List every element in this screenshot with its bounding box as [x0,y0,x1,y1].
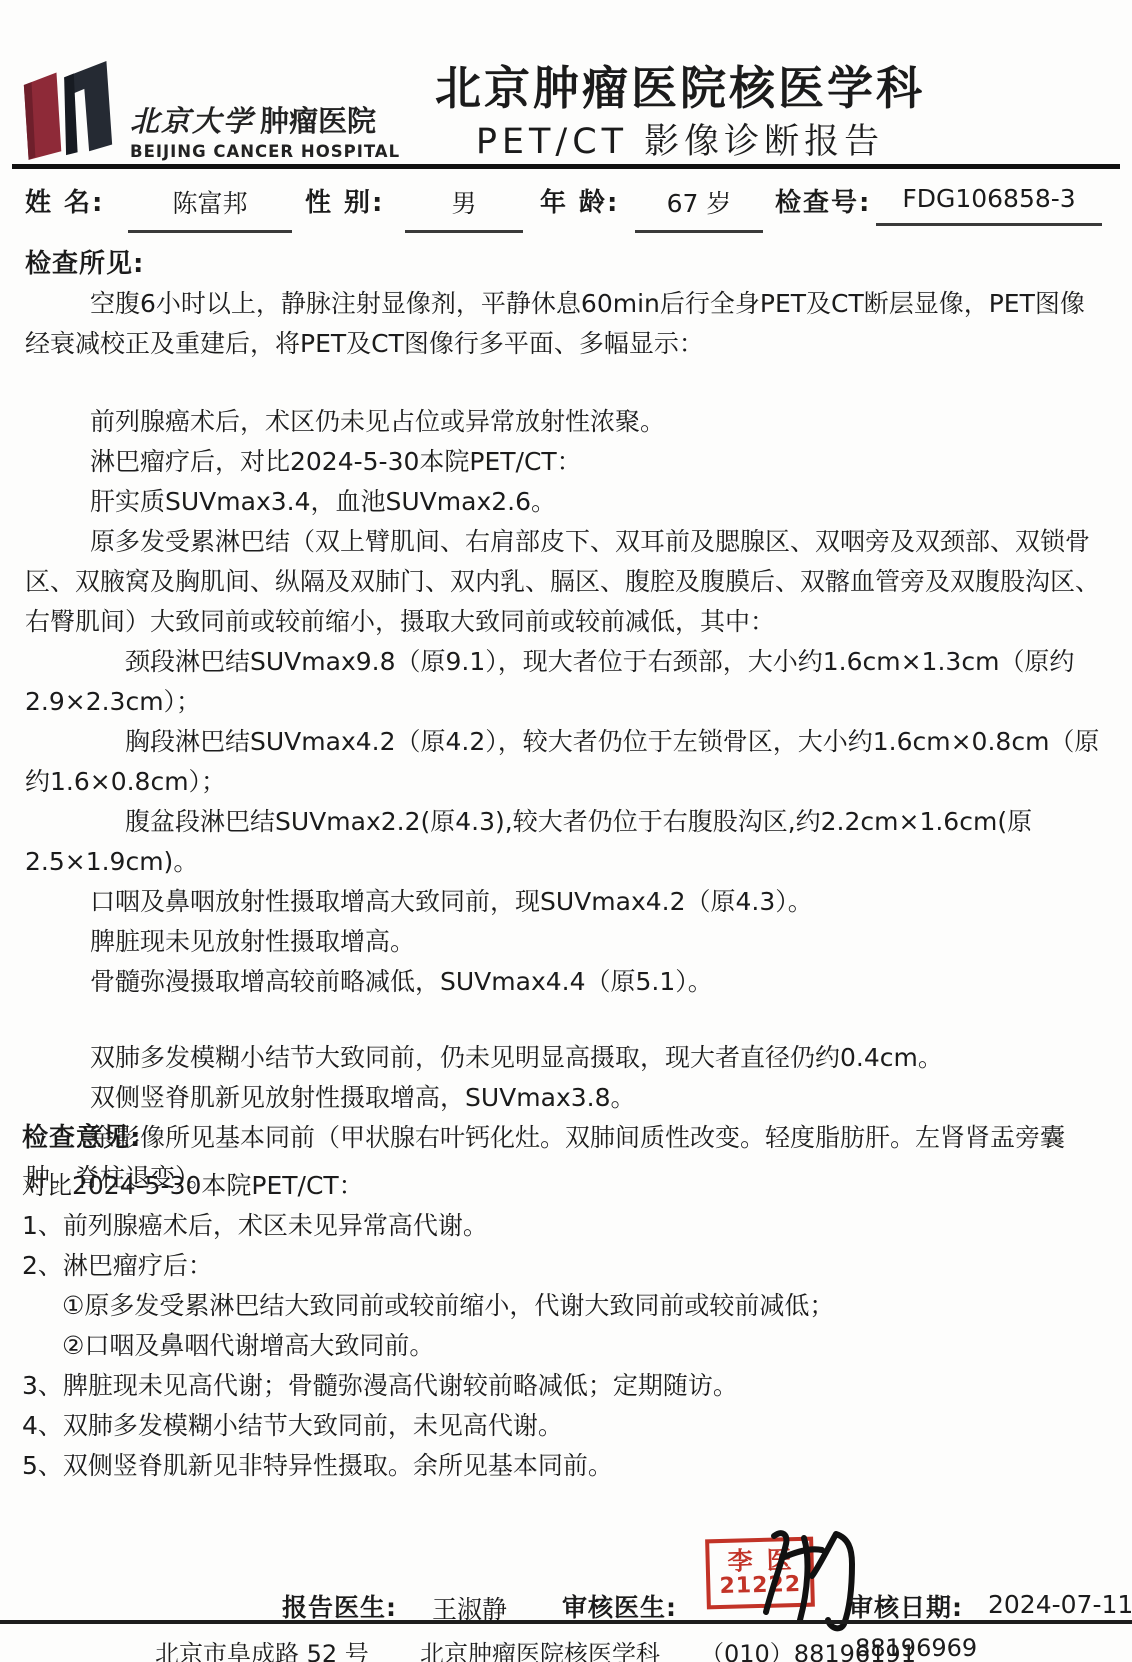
department-title: 北京肿瘤医院核医学科 [330,52,1030,118]
impression-line: 1、前列腺癌术后，术区未见异常高代谢。 [22,1206,1112,1246]
logo-university-name: 北京大学 [130,104,254,138]
findings-paragraph: 双肺多发模糊小结节大致同前，仍未见明显高摄取，现大者直径仍约0.4cm。 [25,1038,1109,1078]
impression-line: 对比2024-5-30本院PET/CT： [22,1166,1112,1206]
impression-line: 2、淋巴瘤疗后： [22,1246,1112,1286]
footer-department: 北京肿瘤医院核医学科 [420,1634,660,1662]
impression-line: ①原多发受累淋巴结大致同前或较前缩小，代谢大致同前或较前减低； [22,1286,1112,1326]
exam-no-label: 检查号: [775,182,871,219]
gender-label: 性 别: [305,182,384,219]
header-divider [12,164,1120,169]
review-doctor-label: 审核医生: [562,1588,677,1624]
findings-paragraph: 骨髓弥漫摄取增高较前略减低，SUVmax4.4（原5.1）。 [25,962,1109,1002]
footer-phone-2: 88196969 [855,1634,977,1662]
patient-exam-no: FDG106858-3 [876,184,1102,226]
impression-heading: 检查意见: [22,1118,1112,1158]
findings-section: 检查所见: 空腹6小时以上，静脉注射显像剂，平静休息60min后行全身PET及C… [25,244,1109,1198]
report-page: 北京大学肿瘤医院 BEIJING CANCER HOSPITAL 北京肿瘤医院核… [0,0,1132,1662]
review-date: 2024-07-11 [988,1590,1132,1619]
impression-line: 4、双肺多发模糊小结节大致同前，未见高代谢。 [22,1406,1112,1446]
hospital-logo-icon [20,55,116,163]
age-label: 年 龄: [540,182,619,219]
findings-heading: 检查所见: [25,244,1109,284]
impression-section: 检查意见: 对比2024-5-30本院PET/CT： 1、前列腺癌术后，术区未见… [22,1118,1112,1486]
name-label: 姓 名: [25,182,104,219]
patient-gender: 男 [405,184,523,233]
report-title: PET/CT 影像诊断报告 [330,114,1030,164]
patient-age: 67 岁 [635,184,763,233]
findings-paragraph: 脾脏现未见放射性摄取增高。 [25,922,1109,962]
findings-paragraph: 颈段淋巴结SUVmax9.8（原9.1），现大者位于右颈部，大小约1.6cm×1… [25,642,1109,722]
findings-paragraph: 空腹6小时以上，静脉注射显像剂，平静休息60min后行全身PET及CT断层显像，… [25,284,1109,364]
impression-line: 5、双侧竖脊肌新见非特异性摄取。余所见基本同前。 [22,1446,1112,1486]
findings-paragraph: 原多发受累淋巴结（双上臂肌间、右肩部皮下、双耳前及腮腺区、双咽旁及双颈部、双锁骨… [25,522,1109,642]
findings-paragraph: 淋巴瘤疗后，对比2024-5-30本院PET/CT： [25,442,1109,482]
findings-paragraph: 双侧竖脊肌新见放射性摄取增高，SUVmax3.8。 [25,1078,1109,1118]
impression-line: ②口咽及鼻咽代谢增高大致同前。 [22,1326,1112,1366]
patient-info-row: 姓 名: 陈富邦 性 别: 男 年 龄: 67 岁 检查号: FDG106858… [0,178,1132,230]
footer-divider [0,1620,1132,1624]
footer-address: 北京市阜成路 52 号 [155,1634,369,1662]
findings-paragraph: 肝实质SUVmax3.4，血池SUVmax2.6。 [25,482,1109,522]
findings-paragraph: 胸段淋巴结SUVmax4.2（原4.2），较大者仍位于左锁骨区，大小约1.6cm… [25,722,1109,802]
findings-paragraph: 腹盆段淋巴结SUVmax2.2(原4.3),较大者仍位于右腹股沟区,约2.2cm… [25,802,1109,882]
impression-line: 3、脾脏现未见高代谢；骨髓弥漫高代谢较前略减低；定期随访。 [22,1366,1112,1406]
report-doctor-label: 报告医生: [282,1588,397,1624]
findings-paragraph: 前列腺癌术后，术区仍未见占位或异常放射性浓聚。 [25,402,1109,442]
findings-paragraph: 口咽及鼻咽放射性摄取增高大致同前，现SUVmax4.2（原4.3）。 [25,882,1109,922]
patient-name: 陈富邦 [128,184,292,233]
review-date-label: 审核日期: [848,1588,963,1624]
